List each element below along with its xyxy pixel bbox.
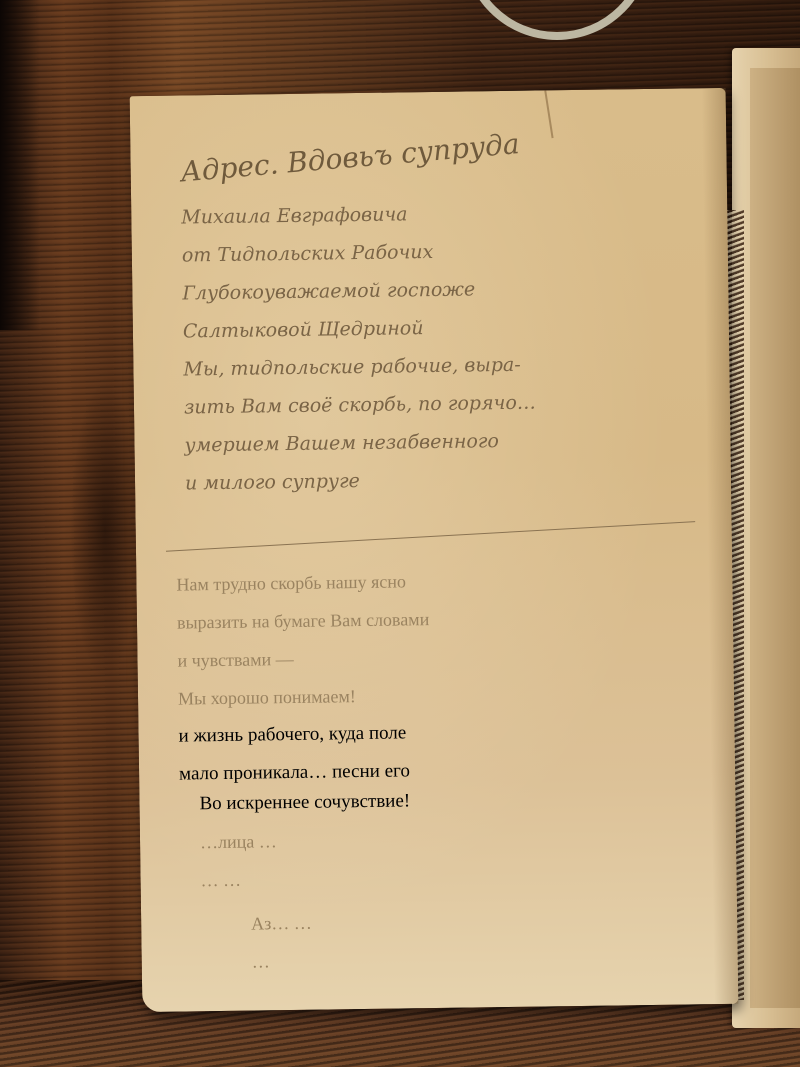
table-shadow [0, 0, 40, 330]
pencil-divider-line [166, 521, 695, 552]
handwriting-line: Адрес. Вдовьъ супруда [179, 112, 700, 188]
handwritten-message: Нам трудно скорбь нашу ясно выразить на … [176, 558, 709, 793]
handwritten-closing: Во искреннее сочувствие! …лица … … … [199, 778, 701, 899]
handwriting-line: и милого супруге [185, 457, 705, 502]
handwritten-address: Адрес. Вдовьъ супруда Михаила Евграфович… [180, 148, 705, 502]
signature-line: … [251, 942, 312, 981]
wood-knot [70, 380, 140, 680]
handwriting-line: … … [200, 854, 700, 899]
inside-cover-page: Адрес. Вдовьъ супруда Михаила Евграфович… [130, 88, 739, 1012]
signature: Аз… … … [251, 904, 313, 981]
signature-line: Аз… … [251, 904, 312, 943]
cable [462, 0, 652, 40]
book-page-edges [750, 68, 800, 1008]
